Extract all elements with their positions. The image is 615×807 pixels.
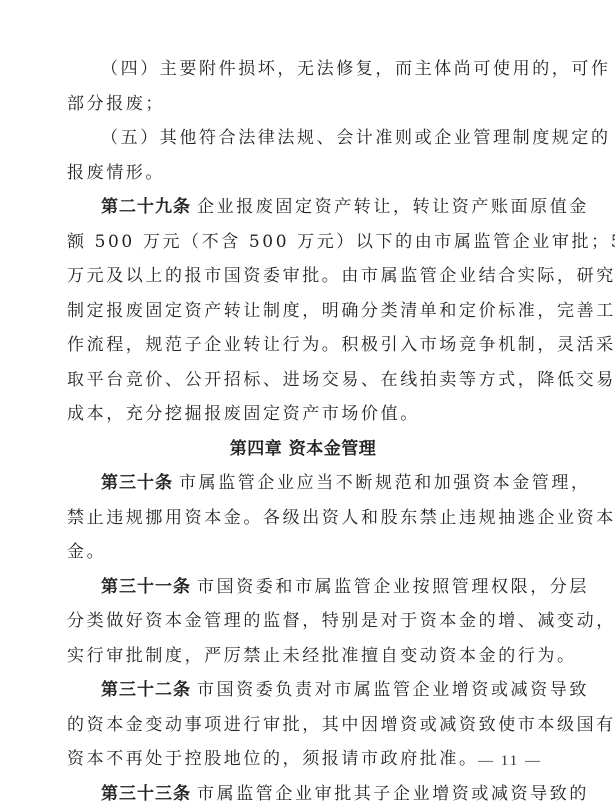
text-line: 取平台竞价、公开招标、进场交易、在线拍卖等方式，降低交易 — [67, 363, 539, 398]
article-number: 第三十三条 — [101, 784, 191, 804]
document-page: （四）主要附件损坏，无法修复，而主体尚可使用的，可作 部分报废； （五）其他符合… — [67, 52, 539, 807]
text-line: 实行审批制度，严厉禁止未经批准擅自变动资本金的行为。 — [67, 639, 539, 674]
article-31-first-line: 第三十一条市国资委和市属监管企业按照管理权限，分层 — [67, 570, 539, 605]
text-line: 分类做好资本金管理的监督，特别是对于资本金的增、减变动， — [67, 604, 539, 639]
text-line: 的资本金变动事项进行审批，其中因增资或减资致使市本级国有 — [67, 708, 539, 743]
text-line: 部分报废； — [67, 87, 539, 122]
text-line: （四）主要附件损坏，无法修复，而主体尚可使用的，可作 — [67, 52, 539, 87]
article-number: 第三十一条 — [101, 577, 191, 597]
text-line: 市国资委负责对市属监管企业增资或减资导致 — [197, 680, 589, 700]
text-line: 万元及以上的报市国资委审批。由市属监管企业结合实际，研究 — [67, 259, 539, 294]
text-line: 作流程，规范子企业转让行为。积极引入市场竞争机制，灵活采 — [67, 328, 539, 363]
text-line: 市属监管企业应当不断规范和加强资本金管理， — [179, 473, 591, 493]
article-30-first-line: 第三十条市属监管企业应当不断规范和加强资本金管理， — [67, 466, 539, 501]
article-number: 第二十九条 — [101, 197, 191, 217]
text-line: 额 500 万元（不含 500 万元）以下的由市属监管企业审批；500 — [67, 225, 539, 260]
text-line: 制定报废固定资产转让制度，明确分类清单和定价标准，完善工 — [67, 294, 539, 329]
text-line: 资本不再处于控股地位的，须报请市政府批准。 — [67, 742, 539, 777]
article-33-first-line: 第三十三条市属监管企业审批其子企业增资或减资导致的 — [67, 777, 539, 807]
text-line: 市国资委和市属监管企业按照管理权限，分层 — [197, 577, 589, 597]
text-line: 企业报废固定资产转让，转让资产账面原值金 — [197, 197, 589, 217]
chapter-heading: 第四章 资本金管理 — [67, 432, 539, 467]
article-32-first-line: 第三十二条市国资委负责对市属监管企业增资或减资导致 — [67, 673, 539, 708]
text-line: 市属监管企业审批其子企业增资或减资导致的 — [197, 784, 589, 804]
text-line: 报废情形。 — [67, 156, 539, 191]
article-number: 第三十条 — [101, 473, 173, 493]
text-line: （五）其他符合法律法规、会计准则或企业管理制度规定的 — [67, 121, 539, 156]
article-29-first-line: 第二十九条企业报废固定资产转让，转让资产账面原值金 — [67, 190, 539, 225]
page-number: — 11 — — [478, 753, 542, 770]
article-number: 第三十二条 — [101, 680, 191, 700]
text-line: 禁止违规挪用资本金。各级出资人和股东禁止违规抽逃企业资本 — [67, 501, 539, 536]
text-line: 金。 — [67, 535, 539, 570]
text-line: 成本，充分挖掘报废固定资产市场价值。 — [67, 397, 539, 432]
